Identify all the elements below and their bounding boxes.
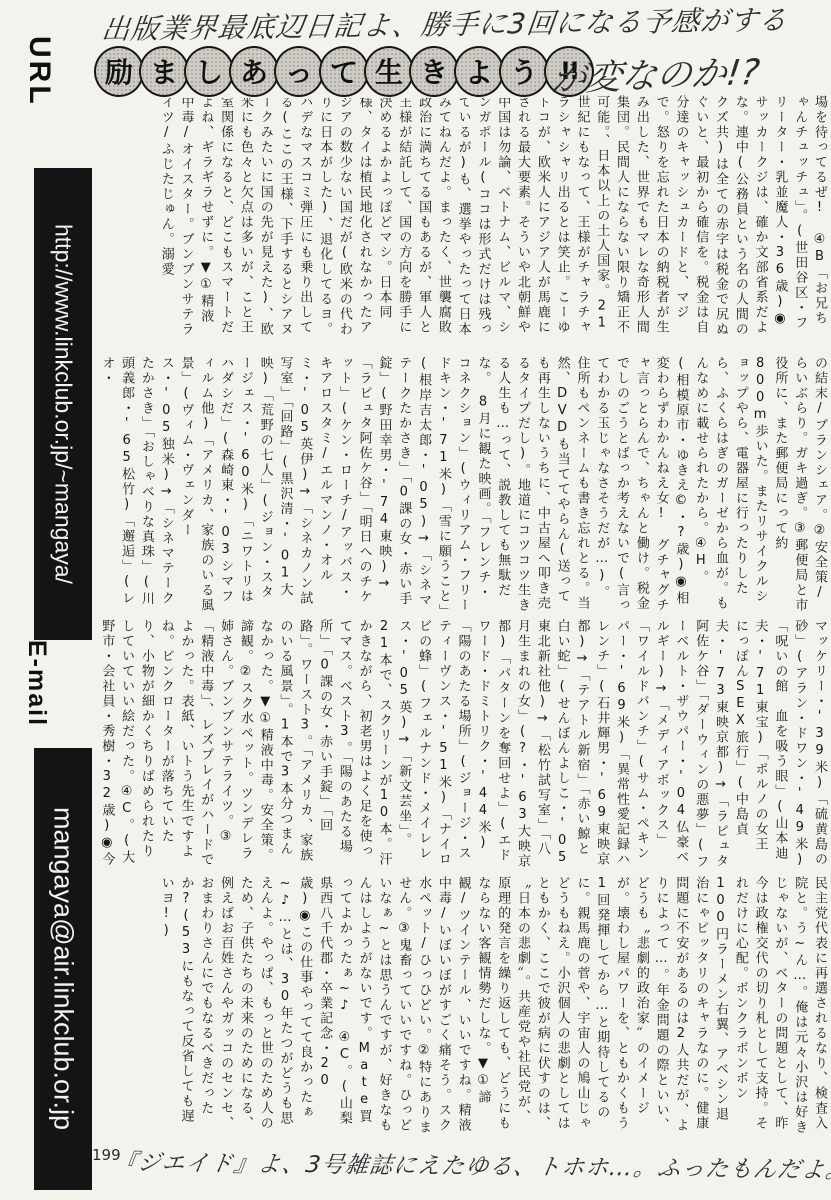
title-bubble: て: [319, 46, 369, 97]
url-bar: http://www.linkclub.or.jp/~mangaya/: [34, 168, 92, 640]
email-bar: mangaya@air.linkclub.or.jp: [34, 748, 92, 1190]
title-char: ま: [150, 51, 178, 91]
letters-text-band-2: の結末/ブランシェア。②安全策/らいぶらり。ガキ過ぎ。③郵便局と市役所に、また郵…: [96, 356, 829, 614]
title-bubble: う: [499, 46, 549, 97]
title-char: 生: [375, 51, 403, 91]
handwriting-bottom: 『ジエイド』よ、3号雑誌にえたゆる、トホホ…。ふったもんだよ。: [112, 1144, 831, 1185]
title-char: っ: [285, 51, 313, 91]
title-char: よ: [465, 51, 493, 91]
title-char: て: [330, 51, 358, 91]
title-bubble: っ: [274, 46, 324, 97]
title-char: う: [510, 51, 538, 91]
title-char: し: [195, 51, 223, 91]
title-bubble: ま: [139, 46, 189, 97]
title-char: あ: [240, 51, 268, 91]
title-char: 励: [105, 51, 133, 91]
title-bubble: 生: [364, 46, 414, 97]
letters-text-band-3: マッケリー・'39米)「硫黄島の砂」(アラン・ドワン・'49米)「呪いの館 血を…: [96, 619, 829, 870]
url-value: http://www.linkclub.or.jp/~mangaya/: [50, 224, 77, 584]
title-bubble: よ: [454, 46, 504, 97]
title-bubble: し: [184, 46, 234, 97]
page-title: 励 ま し あ っ て 生 き よ う !!: [94, 44, 556, 98]
title-char: き: [420, 51, 448, 91]
handwriting-top-right: が変なのか!?: [549, 45, 763, 102]
page-number: 199: [92, 1146, 121, 1164]
email-value: mangaya@air.linkclub.or.jp: [48, 807, 79, 1130]
magazine-letters-page: 場を待ってるぜ! ④B「お兄ちゃんチュッチュ」。(世田谷区・フリーター・乳並魔人…: [0, 0, 831, 1200]
title-bubble: き: [409, 46, 459, 97]
email-label: E-mail: [22, 640, 51, 727]
letters-text-band-4: 民主党代表に再選されるなり、検査入院と。う~ん…。俺は元々小沢は好きじゃないが、…: [96, 876, 829, 1136]
title-bubble: 励: [94, 46, 144, 97]
title-bubble: あ: [229, 46, 279, 97]
url-label: URL: [22, 36, 56, 107]
handwriting-top: 出版業界最底辺日記よ、勝手に3回になる予感がする: [100, 0, 790, 48]
letters-text-band-1: 場を待ってるぜ! ④B「お兄ちゃんチュッチュ」。(世田谷区・フリーター・乳並魔人…: [96, 95, 829, 337]
